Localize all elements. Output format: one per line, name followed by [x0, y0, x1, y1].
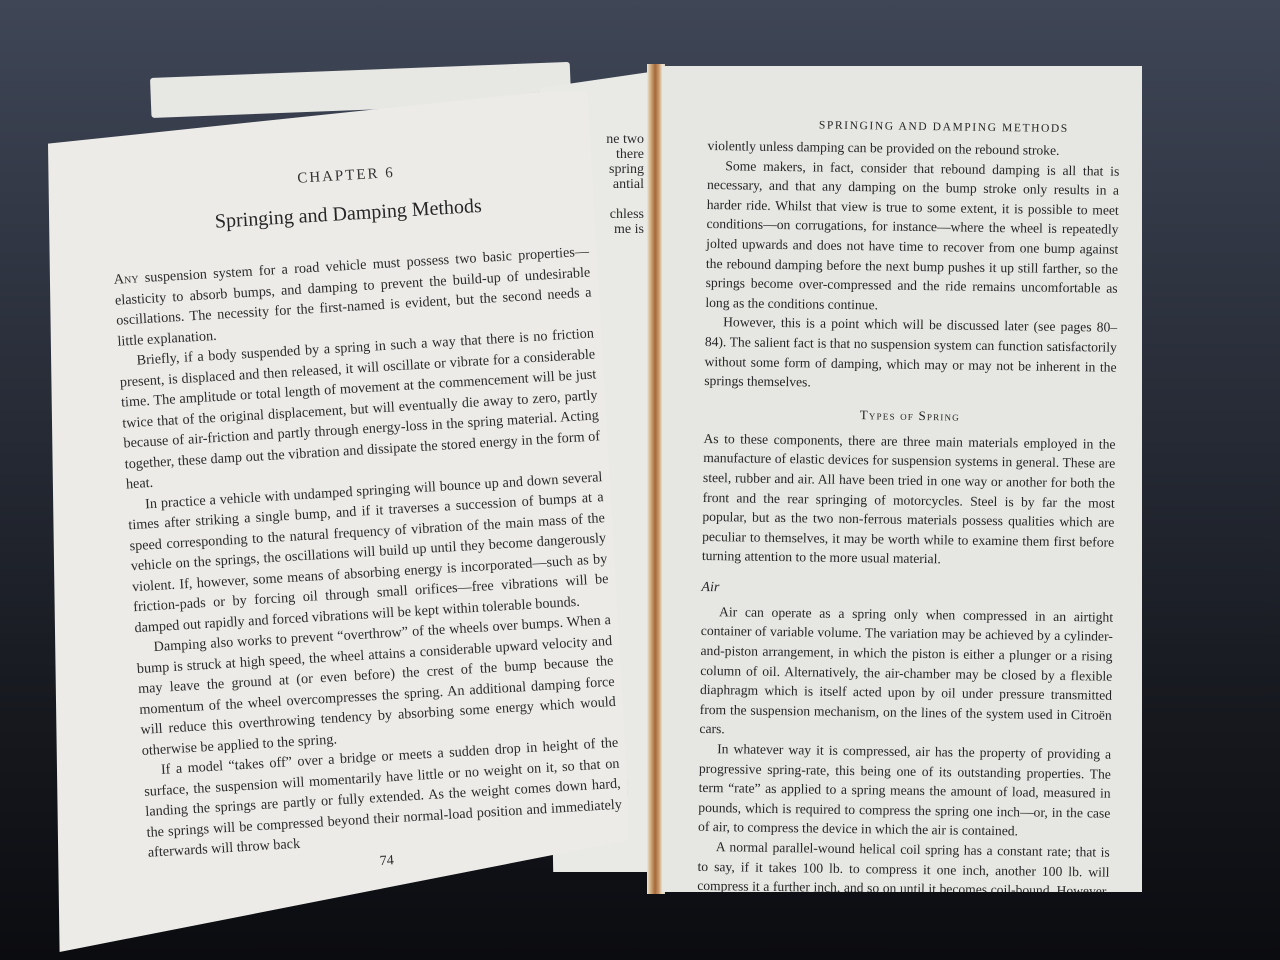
drop-lead: Any — [113, 270, 139, 287]
paragraph: However, this is a point which will be d… — [704, 312, 1117, 396]
right-page-content: SPRINGING AND DAMPING METHODS violently … — [696, 118, 1120, 960]
paragraph: In whatever way it is compressed, air ha… — [698, 739, 1111, 843]
dark-table-surface: ne two there spring antial chless me is … — [0, 0, 1280, 960]
left-page-content: CHAPTER 6 Springing and Damping Methods … — [108, 154, 625, 883]
paragraph: Briefly, if a body suspended by a spring… — [118, 323, 602, 494]
paragraph: A normal parallel-wound helical coil spr… — [697, 837, 1110, 941]
paragraph: Some makers, in fact, consider that rebo… — [705, 156, 1119, 318]
middle-page-fragment-top: ne two there spring antial — [606, 132, 644, 192]
page-number: 75 — [696, 939, 1108, 960]
left-page: CHAPTER 6 Springing and Damping Methods … — [48, 92, 628, 952]
subsection-heading: Air — [701, 580, 1113, 602]
right-page: SPRINGING AND DAMPING METHODS violently … — [662, 66, 1142, 892]
running-head: SPRINGING AND DAMPING METHODS — [768, 119, 1120, 136]
paragraph: As to these components, there are three … — [702, 429, 1116, 572]
paragraph: In practice a vehicle with undamped spri… — [127, 467, 611, 638]
middle-page-fragment-bottom: chless me is — [610, 207, 644, 237]
chapter-title: Springing and Damping Methods — [110, 189, 587, 240]
paragraph: Air can operate as a spring only when co… — [699, 602, 1113, 745]
section-heading: Types of Spring — [704, 405, 1116, 427]
